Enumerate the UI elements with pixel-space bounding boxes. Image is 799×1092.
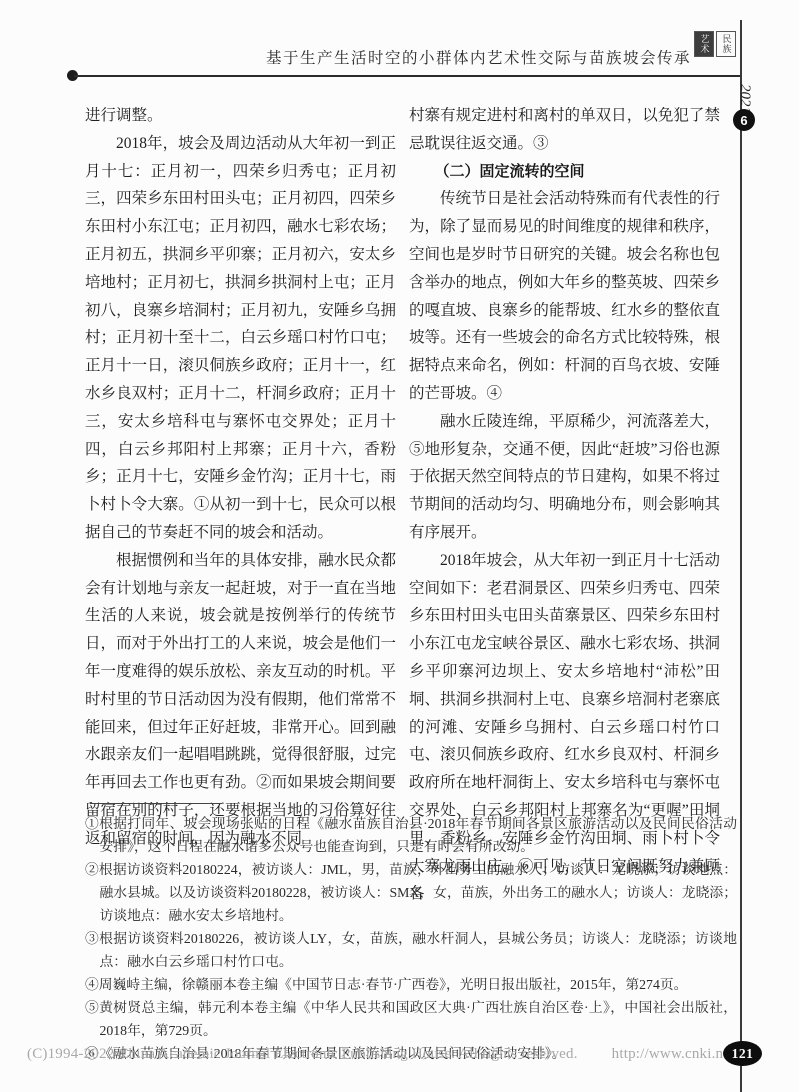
footnotes-block: ①根据打同年、坡会现场张贴的日程《融水苗族自治县·2018年春节期间各景区旅游活…	[85, 812, 737, 1065]
paragraph: 根据惯例和当年的具体安排，融水民众都会有计划地与亲友一起赶坡，对于一直在当地生活…	[85, 547, 396, 853]
paragraph: 融水丘陵连绵，平原稀少，河流落差大，⑤地形复杂，交通不便，因此“赶坡”习俗也源于…	[409, 408, 720, 547]
journal-year-label: 2021	[728, 84, 762, 106]
paragraph: 村寨有规定进村和离村的单双日，以免犯了禁忌耽误往返交通。③	[409, 102, 720, 158]
footnote: ②根据访谈资料20180224，被访谈人：JML，男，苗族，外出务工的融水人；访…	[85, 858, 737, 927]
left-column: 进行调整。 2018年，坡会及周边活动从大年初一到正月十七：正月初一，四荣乡归秀…	[85, 102, 396, 853]
journal-seal-logo: 艺术 民族	[694, 31, 736, 57]
right-vertical-rule	[740, 20, 742, 1092]
footnote: ⑤黄树贤总主编，韩元利本卷主编《中华人民共和国政区大典·广西壮族自治区卷·上》，…	[85, 996, 737, 1042]
seal-stamp-arts: 艺术	[694, 31, 714, 57]
journal-page: 基于生产生活时空的小群体内艺术性交际与苗族坡会传承 艺术 民族 2021 6 进…	[0, 0, 799, 1092]
right-column: 村寨有规定进村和离村的单双日，以免犯了禁忌耽误往返交通。③ （二）固定流转的空间…	[409, 102, 720, 908]
footnote: ④周巍峙主编，徐赣丽本卷主编《中国节日志·春节·广西卷》，光明日报出版社，201…	[85, 973, 737, 996]
page-number-badge: 121	[723, 1041, 762, 1066]
paragraph: 进行调整。	[85, 102, 396, 130]
paragraph: 2018年，坡会及周边活动从大年初一到正月十七：正月初一，四荣乡归秀屯；正月初三…	[85, 130, 396, 547]
footnote: ③根据访谈资料20180226，被访谈人LY，女，苗族，融水杆洞人，县城公务员；…	[85, 927, 737, 973]
seal-stamp-ethnic: 民族	[716, 31, 736, 57]
running-title: 基于生产生活时空的小群体内艺术性交际与苗族坡会传承	[266, 46, 691, 68]
issue-number-badge: 6	[733, 109, 755, 131]
footnote: ①根据打同年、坡会现场张贴的日程《融水苗族自治县·2018年春节期间各景区旅游活…	[85, 812, 737, 858]
cnki-url: http://www.cnki.net	[612, 1046, 735, 1063]
paragraph: 传统节日是社会活动特殊而有代表性的行为，除了显而易见的时间维度的规律和秩序，空间…	[409, 185, 720, 407]
header-rule	[74, 75, 740, 77]
section-heading: （二）固定流转的空间	[409, 158, 720, 186]
footer: (C)1994-2022 China Academic Journal Elec…	[27, 1046, 727, 1063]
copyright-notice: (C)1994-2022 China Academic Journal Elec…	[27, 1046, 578, 1063]
footnote-separator	[90, 803, 222, 804]
